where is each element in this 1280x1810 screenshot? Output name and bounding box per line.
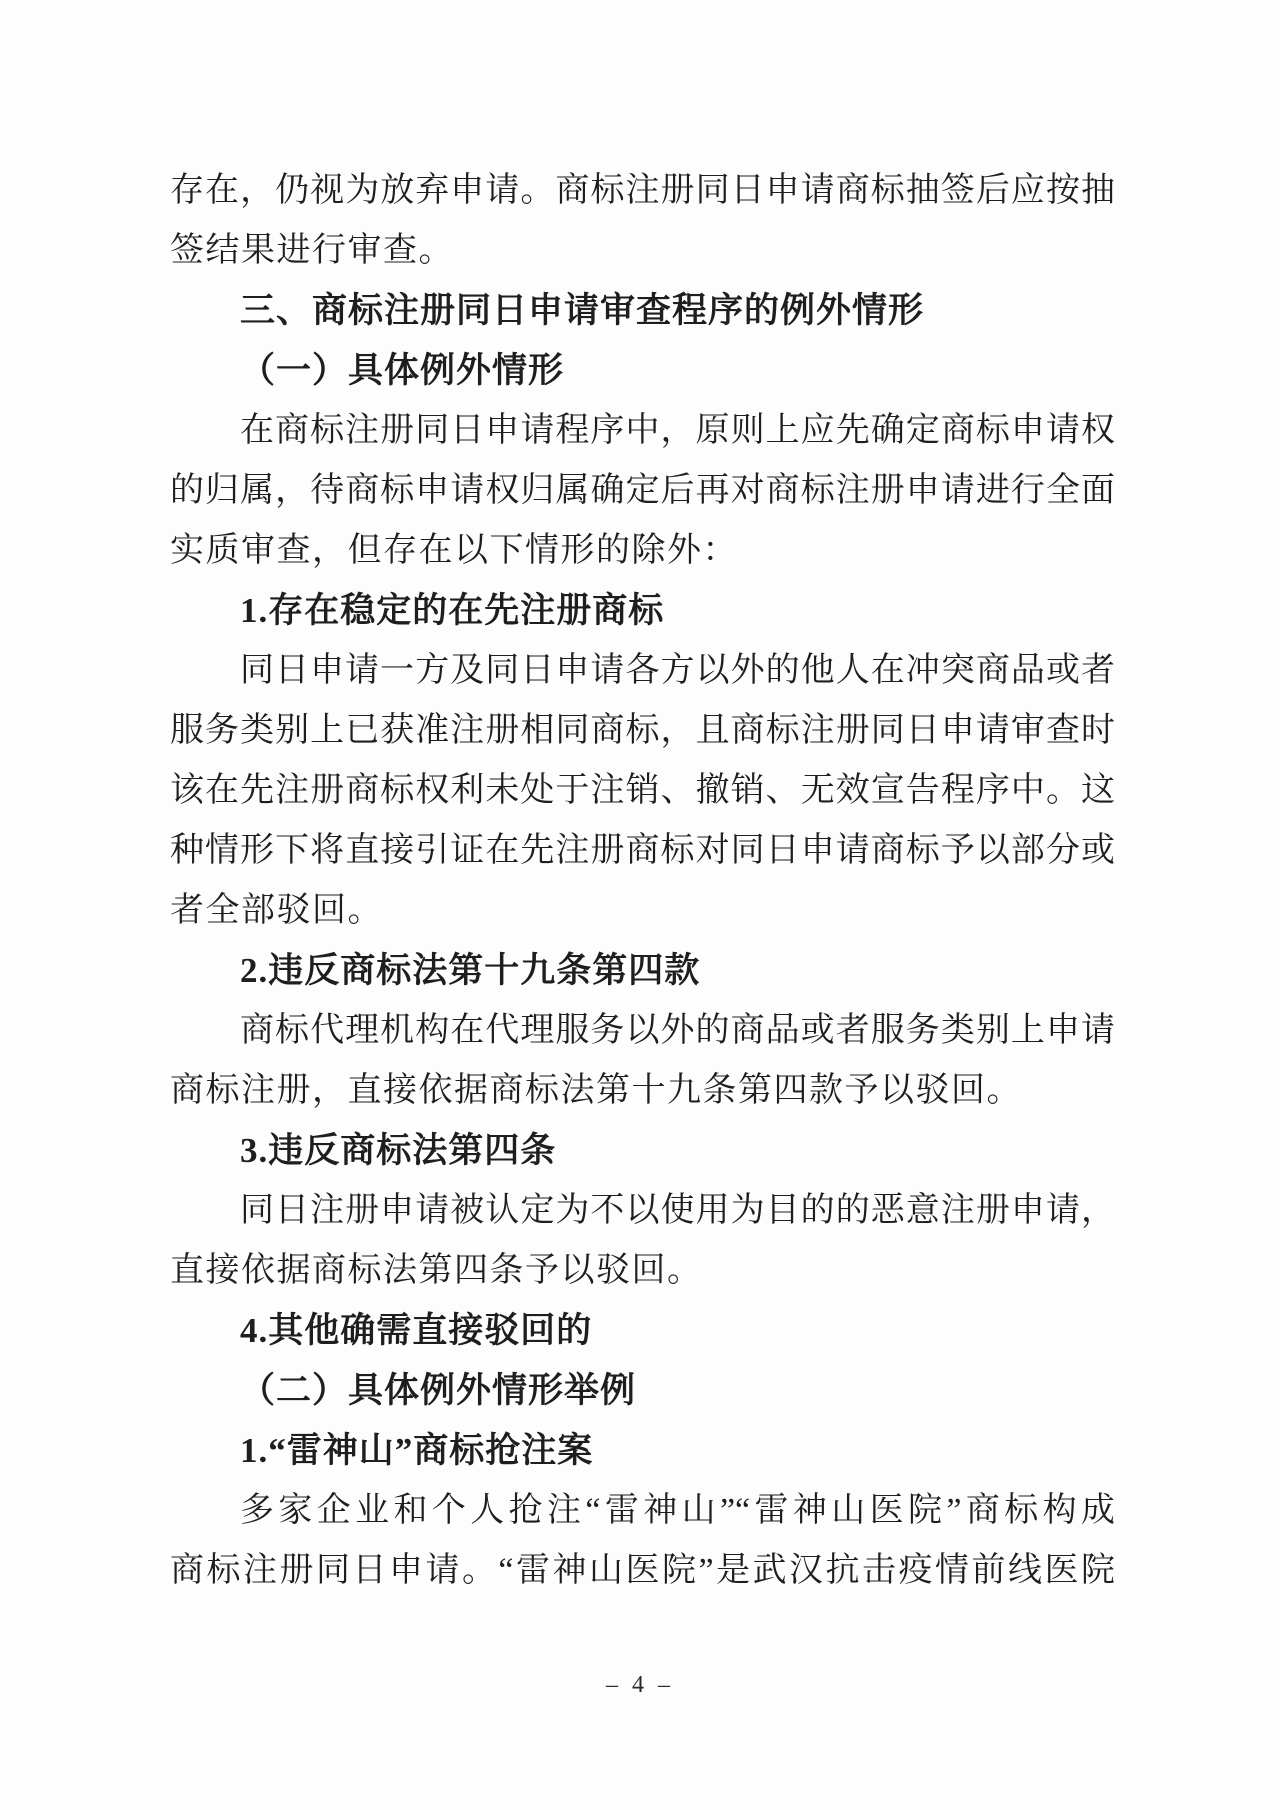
text-line: 商标代理机构在代理服务以外的商品或者服务类别上申请 bbox=[170, 1001, 1115, 1061]
text-line: 存在，仍视为放弃申请。商标注册同日申请商标抽签后应按抽 bbox=[170, 161, 1115, 221]
page-number: – 4 – bbox=[0, 1672, 1280, 1699]
heading-line: 三、商标注册同日申请审查程序的例外情形 bbox=[170, 281, 1115, 341]
text-line: 同日申请一方及同日申请各方以外的他人在冲突商品或者 bbox=[170, 641, 1115, 701]
heading-line: 1.“雷神山”商标抢注案 bbox=[170, 1421, 1115, 1481]
heading-line: （一）具体例外情形 bbox=[170, 341, 1115, 401]
heading-line: 1.存在稳定的在先注册商标 bbox=[170, 581, 1115, 641]
heading-line: 4.其他确需直接驳回的 bbox=[170, 1301, 1115, 1361]
text-line: 直接依据商标法第四条予以驳回。 bbox=[170, 1241, 1115, 1301]
text-line: 在商标注册同日申请程序中，原则上应先确定商标申请权 bbox=[170, 401, 1115, 461]
heading-line: 3.违反商标法第四条 bbox=[170, 1121, 1115, 1181]
document-body: 存在，仍视为放弃申请。商标注册同日申请商标抽签后应按抽签结果进行审查。三、商标注… bbox=[170, 161, 1115, 1601]
heading-line: （二）具体例外情形举例 bbox=[170, 1361, 1115, 1421]
text-line: 者全部驳回。 bbox=[170, 881, 1115, 941]
text-line: 该在先注册商标权利未处于注销、撤销、无效宣告程序中。这 bbox=[170, 761, 1115, 821]
document-page: 存在，仍视为放弃申请。商标注册同日申请商标抽签后应按抽签结果进行审查。三、商标注… bbox=[0, 0, 1280, 1810]
text-line: 商标注册，直接依据商标法第十九条第四款予以驳回。 bbox=[170, 1061, 1115, 1121]
text-line: 服务类别上已获准注册相同商标，且商标注册同日申请审查时 bbox=[170, 701, 1115, 761]
text-line: 签结果进行审查。 bbox=[170, 221, 1115, 281]
text-line: 实质审查，但存在以下情形的除外： bbox=[170, 521, 1115, 581]
text-line: 的归属，待商标申请权归属确定后再对商标注册申请进行全面 bbox=[170, 461, 1115, 521]
text-line: 种情形下将直接引证在先注册商标对同日申请商标予以部分或 bbox=[170, 821, 1115, 881]
heading-line: 2.违反商标法第十九条第四款 bbox=[170, 941, 1115, 1001]
text-line: 商标注册同日申请。“雷神山医院”是武汉抗击疫情前线医院 bbox=[170, 1541, 1115, 1601]
text-line: 多家企业和个人抢注“雷神山”“雷神山医院”商标构成 bbox=[170, 1481, 1115, 1541]
text-line: 同日注册申请被认定为不以使用为目的的恶意注册申请， bbox=[170, 1181, 1115, 1241]
